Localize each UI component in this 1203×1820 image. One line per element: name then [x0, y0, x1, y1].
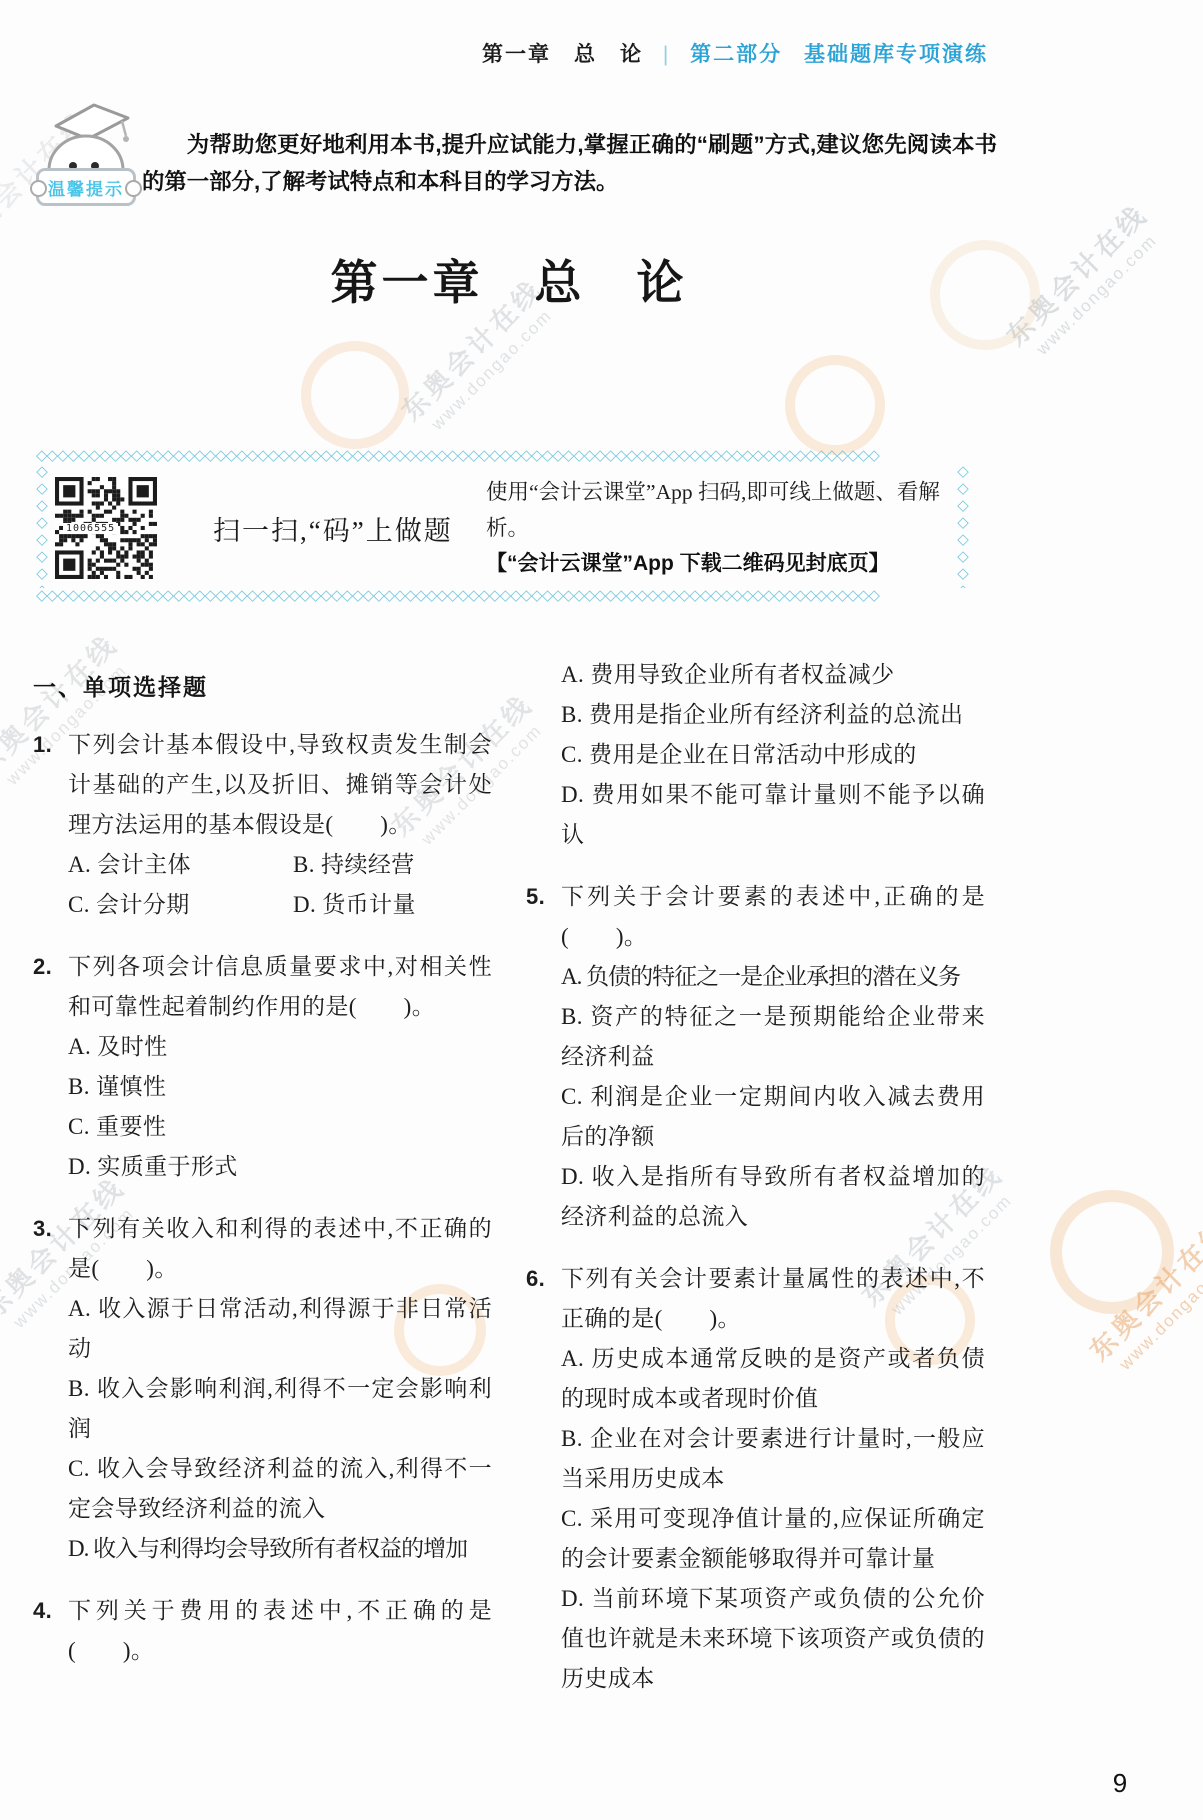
chapter-title: 第一章 总 论 [30, 246, 988, 313]
header-divider: | [663, 43, 670, 66]
option-a: A. 收入源于日常活动,利得源于非日常活动 [68, 1289, 492, 1369]
mascot-illustration: 温馨提示 [34, 92, 138, 234]
option-a: A. 历史成本通常反映的是资产或者负债的现时成本或者现时价值 [561, 1339, 985, 1419]
question-stem: 下列关于费用的表述中,不正确的是( )。 [68, 1591, 492, 1671]
option-d: D. 货币计量 [293, 885, 492, 925]
header-part-title: 基础题库专项演练 [804, 43, 988, 66]
question-number: 2. [33, 947, 52, 987]
option-d: D. 实质重于形式 [68, 1147, 492, 1187]
book-page: 东奥会计在线 www.dongao.com 东奥会计在线 www.dongao.… [0, 0, 1203, 1820]
watermark-logo-ring [1050, 1190, 1174, 1314]
tip-text: 为帮助您更好地利用本书,提升应试能力,掌握正确的“刷题”方式,建议您先阅读本书的… [142, 126, 997, 200]
page-number: 9 [1100, 1768, 1140, 1799]
question-stem: 下列有关会计要素计量属性的表述中,不正确的是( )。 [561, 1259, 985, 1339]
option-b: B. 费用是指企业所有经济利益的总流出 [561, 695, 985, 735]
section-heading: 一、单项选择题 [33, 669, 492, 702]
watermark-logo-ring [785, 355, 885, 455]
question-number: 1. [33, 725, 52, 765]
mascot-badge: 温馨提示 [36, 168, 136, 206]
option-c: C. 收入会导致经济利益的流入,利得不一定会导致经济利益的流入 [68, 1449, 492, 1529]
question-number: 6. [526, 1259, 545, 1299]
qr-code: 1006555 [55, 477, 157, 579]
option-b: B. 谨慎性 [68, 1067, 492, 1107]
question-stem: 下列会计基本假设中,导致权责发生制会计基础的产生,以及折旧、摊销等会计处理方法运… [68, 725, 492, 845]
mascot-drawing [34, 92, 138, 234]
qr-code-number: 1006555 [63, 523, 118, 534]
question-options: A. 会计主体 B. 持续经营 C. 会计分期 D. 货币计量 [68, 845, 492, 925]
question-3: 3. 下列有关收入和利得的表述中,不正确的是( )。 A. 收入源于日常活动,利… [33, 1209, 492, 1569]
option-c: C. 费用是企业在日常活动中形成的 [561, 735, 985, 775]
question-number: 4. [33, 1591, 52, 1631]
question-number: 3. [33, 1209, 52, 1249]
question-1: 1. 下列会计基本假设中,导致权责发生制会计基础的产生,以及折旧、摊销等会计处理… [33, 725, 492, 925]
option-c: C. 采用可变现净值计量的,应保证所确定的会计要素金额能够取得并可靠计量 [561, 1499, 985, 1579]
watermark-text: 东奥会计在线 www.dongao.com [1056, 1186, 1203, 1409]
option-b: B. 资产的特征之一是预期能给企业带来经济利益 [561, 997, 985, 1077]
left-column: 一、单项选择题 1. 下列会计基本假设中,导致权责发生制会计基础的产生,以及折旧… [33, 655, 492, 1721]
option-a: A. 及时性 [68, 1027, 492, 1067]
question-4: 4. 下列关于费用的表述中,不正确的是( )。 [33, 1591, 492, 1671]
header-part-label: 第二部分 [690, 43, 782, 66]
option-c: C. 利润是企业一定期间内收入减去费用后的净额 [561, 1077, 985, 1157]
header-chapter-title: 第一章 总 论 [482, 43, 643, 66]
question-stem: 下列各项会计信息质量要求中,对相关性和可靠性起着制约作用的是( )。 [68, 947, 492, 1027]
option-c: C. 重要性 [68, 1107, 492, 1147]
option-b: B. 企业在对会计要素进行计量时,一般应当采用历史成本 [561, 1419, 985, 1499]
watermark-logo-ring [301, 341, 409, 449]
question-4-options: A. 费用导致企业所有者权益减少 B. 费用是指企业所有经济利益的总流出 C. … [526, 655, 985, 855]
question-number: 5. [526, 877, 545, 917]
question-2: 2. 下列各项会计信息质量要求中,对相关性和可靠性起着制约作用的是( )。 A.… [33, 947, 492, 1187]
option-d: D. 当前环境下某项资产或负债的公允价值也许就是未来环境下该项资产或负债的历史成… [561, 1579, 985, 1699]
question-6: 6. 下列有关会计要素计量属性的表述中,不正确的是( )。 A. 历史成本通常反… [526, 1259, 985, 1699]
qr-instructions: 使用“会计云课堂”App 扫码,即可线上做题、看解析。 【“会计云课堂”App … [486, 474, 964, 582]
option-b: B. 持续经营 [293, 845, 492, 885]
question-5: 5. 下列关于会计要素的表述中,正确的是( )。 A. 负债的特征之一是企业承担… [526, 877, 985, 1237]
option-d: D. 收入与利得均会导致所有者权益的增加 [68, 1529, 492, 1569]
qr-panel: ◇◇◇◇◇◇◇◇◇◇◇◇◇◇◇◇◇◇◇◇◇◇◇◇◇◇◇◇◇◇◇◇◇◇◇◇◇◇◇◇… [36, 450, 968, 602]
qr-instruction-line1: 使用“会计云课堂”App 扫码,即可线上做题、看解析。 [486, 474, 964, 546]
option-d: D. 费用如果不能可靠计量则不能予以确认 [561, 775, 985, 855]
option-b: B. 收入会影响利润,利得不一定会影响利润 [68, 1369, 492, 1449]
option-c: C. 会计分期 [68, 885, 293, 925]
option-a: A. 会计主体 [68, 845, 293, 885]
question-stem: 下列有关收入和利得的表述中,不正确的是( )。 [68, 1209, 492, 1289]
qr-panel-border-top: ◇◇◇◇◇◇◇◇◇◇◇◇◇◇◇◇◇◇◇◇◇◇◇◇◇◇◇◇◇◇◇◇◇◇◇◇◇◇◇◇… [36, 448, 968, 464]
qr-scan-caption: 扫一扫,“码”上做题 [213, 509, 453, 548]
option-a: A. 负债的特征之一是企业承担的潜在义务 [561, 957, 985, 997]
question-columns: 一、单项选择题 1. 下列会计基本假设中,导致权责发生制会计基础的产生,以及折旧… [33, 655, 985, 1721]
option-a: A. 费用导致企业所有者权益减少 [561, 655, 985, 695]
question-stem: 下列关于会计要素的表述中,正确的是( )。 [561, 877, 985, 957]
qr-panel-border-left: ◇◇◇◇◇◇◇◇◇◇ [34, 462, 49, 588]
running-header: 第一章 总 论 | 第二部分 基础题库专项演练 [30, 38, 988, 68]
right-column: A. 费用导致企业所有者权益减少 B. 费用是指企业所有经济利益的总流出 C. … [526, 655, 985, 1721]
qr-instruction-line2: 【“会计云课堂”App 下载二维码见封底页】 [486, 546, 964, 582]
option-d: D. 收入是指所有导致所有者权益增加的经济利益的总流入 [561, 1157, 985, 1237]
watermark-text: 东奥会计在线 www.dongao.com [973, 171, 1196, 394]
